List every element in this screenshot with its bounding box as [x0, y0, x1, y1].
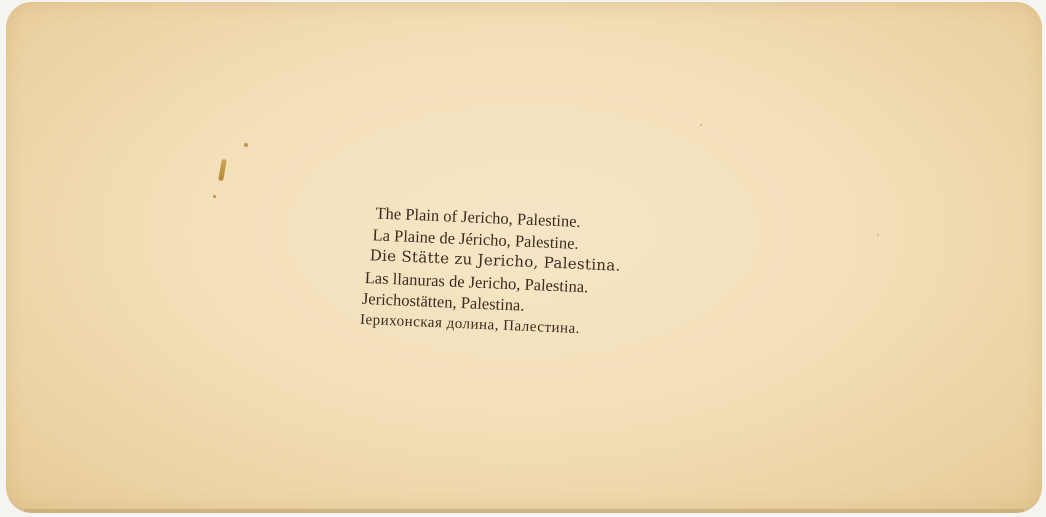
stain-dot: [213, 195, 216, 198]
stereoview-card-back: The Plain of Jericho, Palestine. La Plai…: [6, 2, 1042, 512]
stain-dot: [244, 143, 248, 147]
caption-block: The Plain of Jericho, Palestine. La Plai…: [361, 202, 666, 343]
stain-dot: [700, 124, 702, 126]
stain-dot: [877, 234, 879, 236]
card-edge: [24, 509, 1024, 512]
stain-mark: [218, 159, 227, 182]
